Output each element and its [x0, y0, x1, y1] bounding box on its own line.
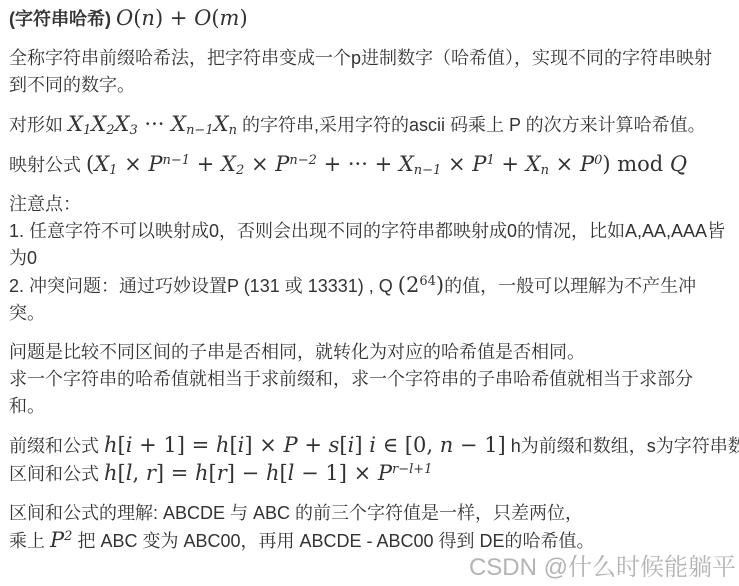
text-line: 区间和公式 h[l, r] = h[r] − h[l − 1] × Pr−l+1	[9, 460, 730, 488]
text-segment: 映射公式	[9, 155, 86, 175]
article-body: (字符串哈希) O(n) + O(m)全称字符串前缀哈希法，把字符串变成一个p进…	[9, 5, 730, 555]
text-line: 注意点：	[9, 191, 730, 218]
math-segment: ] =	[156, 461, 195, 485]
text-line: (字符串哈希) O(n) + O(m)	[9, 5, 730, 33]
math-segment: P2	[50, 528, 72, 552]
text-segment: 为0	[9, 248, 37, 268]
math-segment: ∈ [0,	[376, 433, 440, 457]
text-line: 映射公式 (X1 × Pn−1 + X2 × Pn−2 + ··· + Xn−1…	[9, 151, 730, 179]
text-line: 乘上 P2 把 ABC 变为 ABC00，再用 ABCDE - ABC00 得到…	[9, 527, 730, 555]
text-line: 对形如 X1X2X3 ··· Xn−1Xn 的字符串,采用字符的ascii 码乘…	[9, 111, 730, 139]
text-segment: 乘上	[9, 531, 50, 551]
para-problem: 问题是比较不同区间的子串是否相同，就转化为对应的哈希值是否相同。求一个字符串的哈…	[9, 339, 730, 420]
math-segment: m	[220, 6, 240, 30]
math-segment: − 1]	[453, 433, 506, 457]
csdn-watermark: CSDN @什么时候能躺平	[469, 554, 736, 582]
math-segment: Pn−2	[275, 152, 317, 176]
math-segment: − 1] ×	[294, 461, 377, 485]
math-segment: X1	[68, 112, 91, 136]
math-segment: [	[118, 461, 126, 485]
text-line: 为0	[9, 245, 730, 272]
math-segment: +	[190, 152, 221, 176]
text-line: 1. 任意字符不可以映射成0，否则会出现不同的字符串都映射成0的情况，比如A,A…	[9, 218, 730, 245]
text-segment: 的字符串,采用字符的ascii 码乘上 P 的次方来计算哈希值。	[237, 115, 706, 135]
math-segment: Pn−1	[148, 152, 190, 176]
text-line: 问题是比较不同区间的子串是否相同，就转化为对应的哈希值是否相同。	[9, 339, 730, 366]
math-segment: P1	[472, 152, 494, 176]
text-segment: 突。	[9, 303, 45, 323]
math-segment: ] −	[227, 461, 266, 485]
text-line: 和。	[9, 393, 730, 420]
math-segment: (	[86, 152, 94, 176]
text-segment: 全称字符串前缀哈希法，把字符串变成一个p进制数字（哈希值），实现不同的字符串映射	[9, 48, 712, 68]
math-segment: + ··· +	[317, 152, 399, 176]
text-line: 区间和公式的理解: ABCDE 与 ABC 的前三个字符值是一样，只差两位，	[9, 500, 730, 527]
math-segment: n	[440, 433, 454, 457]
text-line: 到不同的数字。	[9, 72, 730, 99]
math-segment: +	[298, 433, 329, 457]
text-segment: 2. 冲突问题：通过巧妙设置P (131 或 13331) , Q	[9, 276, 398, 296]
text-line: 全称字符串前缀哈希法，把字符串变成一个p进制数字（哈希值），实现不同的字符串映射	[9, 45, 730, 72]
para-definition: 全称字符串前缀哈希法，把字符串变成一个p进制数字（哈希值），实现不同的字符串映射…	[9, 45, 730, 99]
text-segment: 的值，一般可以理解为不产生冲	[444, 276, 696, 296]
text-segment: 问题是比较不同区间的子串是否相同，就转化为对应的哈希值是否相同。	[9, 342, 585, 362]
math-segment: )	[239, 6, 247, 30]
math-segment: h	[266, 461, 280, 485]
text-segment: 1. 任意字符不可以映射成0，否则会出现不同的字符串都映射成0的情况，比如A,A…	[9, 221, 725, 241]
math-segment: Xn−1	[171, 112, 214, 136]
para-interval-explain: 区间和公式的理解: ABCDE 与 ABC 的前三个字符值是一样，只差两位，乘上…	[9, 500, 730, 555]
math-segment: ×	[549, 152, 580, 176]
math-segment: X2	[221, 152, 244, 176]
text-line: 求一个字符串的哈希值就相当于求前缀和，求一个字符串的子串哈希值就相当于求部分	[9, 366, 730, 393]
text-segment: 前缀和公式	[9, 436, 104, 456]
math-segment: ) +	[155, 6, 194, 30]
math-segment: Pr−l+1	[378, 461, 433, 485]
math-segment: Q	[670, 152, 687, 176]
math-segment: (264	[398, 273, 436, 297]
math-segment: ) mod	[602, 152, 670, 176]
text-segment: 注意点：	[9, 194, 81, 214]
math-segment: ×	[441, 152, 472, 176]
text-segment: (字符串哈希)	[9, 9, 116, 29]
math-segment: Xn	[214, 112, 237, 136]
math-segment: ×	[117, 152, 148, 176]
math-segment: ×	[244, 152, 275, 176]
math-segment: ,	[132, 461, 145, 485]
heading-string-hash: (字符串哈希) O(n) + O(m)	[9, 5, 730, 33]
math-segment: P0	[580, 152, 602, 176]
math-segment: [	[339, 433, 347, 457]
math-segment: [	[118, 433, 126, 457]
math-segment: X2	[91, 112, 114, 136]
text-segment: 求一个字符串的哈希值就相当于求前缀和，求一个字符串的子串哈希值就相当于求部分	[9, 369, 693, 389]
math-segment: [	[279, 461, 287, 485]
text-segment: h为前缀和数组，s为字符串数组	[506, 436, 739, 456]
math-segment: O	[116, 6, 133, 30]
math-segment: n	[141, 6, 155, 30]
para-notes: 注意点：1. 任意字符不可以映射成0，否则会出现不同的字符串都映射成0的情况，比…	[9, 191, 730, 327]
math-segment: r	[217, 461, 227, 485]
para-string-form: 对形如 X1X2X3 ··· Xn−1Xn 的字符串,采用字符的ascii 码乘…	[9, 111, 730, 139]
para-mapping-formula: 映射公式 (X1 × Pn−1 + X2 × Pn−2 + ··· + Xn−1…	[9, 151, 730, 179]
math-segment: h	[104, 433, 118, 457]
math-segment: P	[284, 433, 298, 457]
math-segment: h	[195, 461, 209, 485]
math-segment: h	[104, 461, 118, 485]
text-segment: 区间和公式的理解: ABCDE 与 ABC 的前三个字符值是一样，只差两位，	[9, 503, 583, 523]
text-line: 突。	[9, 300, 730, 327]
math-segment: +	[495, 152, 526, 176]
text-segment: 和。	[9, 396, 45, 416]
math-segment: X1	[94, 152, 117, 176]
math-segment: ]	[354, 433, 369, 457]
math-segment: O	[194, 6, 211, 30]
text-segment: 区间和公式	[9, 464, 104, 484]
math-segment: ] ×	[244, 433, 283, 457]
text-segment: 把 ABC 变为 ABC00，再用 ABCDE - ABC00 得到 DE的哈希…	[72, 531, 594, 551]
math-segment: [	[229, 433, 237, 457]
math-segment: )	[436, 273, 444, 297]
text-line: 前缀和公式 h[i + 1] = h[i] × P + s[i] i ∈ [0,…	[9, 432, 730, 460]
math-segment: (	[211, 6, 219, 30]
para-prefix-interval-formula: 前缀和公式 h[i + 1] = h[i] × P + s[i] i ∈ [0,…	[9, 432, 730, 488]
math-segment: h	[216, 433, 230, 457]
text-line: 2. 冲突问题：通过巧妙设置P (131 或 13331) , Q (264)的…	[9, 272, 730, 300]
math-segment: [	[209, 461, 217, 485]
math-segment: + 1] =	[132, 433, 215, 457]
math-segment: Xn	[526, 152, 549, 176]
text-segment: 到不同的数字。	[9, 75, 135, 95]
math-segment: r	[146, 461, 156, 485]
math-segment: s	[329, 433, 340, 457]
math-segment: i	[369, 433, 376, 457]
math-segment: Xn−1	[399, 152, 442, 176]
text-segment: 对形如	[9, 115, 68, 135]
math-segment: ···	[138, 112, 171, 136]
math-segment: X3	[114, 112, 137, 136]
